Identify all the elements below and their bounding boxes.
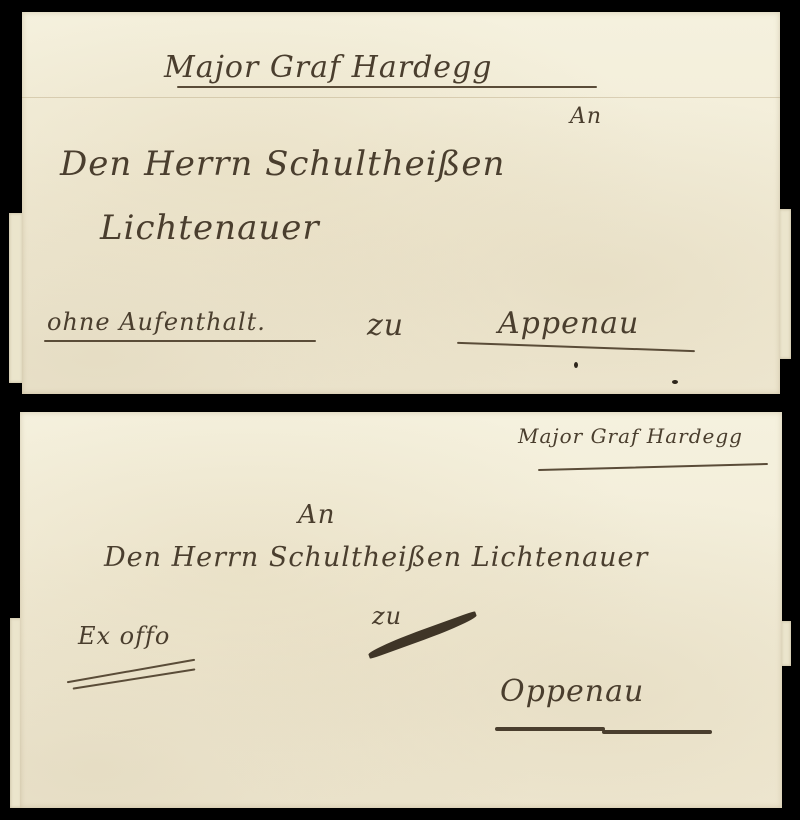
letter-top-left-flap: [9, 213, 23, 383]
letter-cover-bottom: Major Graf Hardegg An Den Herrn Schulthe…: [20, 412, 782, 808]
destination-place: Oppenau: [500, 674, 644, 709]
annotation-underline: [44, 340, 316, 342]
destination-place: Appenau: [498, 306, 639, 341]
addressee-prefix: An: [298, 500, 336, 530]
letter-top-right-flap: [779, 209, 791, 359]
addressee-prefix: An: [570, 104, 602, 129]
sender-line: Major Graf Hardegg: [518, 424, 743, 448]
ink-spot: [672, 380, 678, 384]
letter-bottom-right-flap: [781, 621, 791, 666]
sender-underline: [177, 86, 597, 88]
sender-line: Major Graf Hardegg: [164, 50, 492, 85]
destination-underline: [495, 727, 605, 731]
addressee-line-2: Lichtenauer: [100, 208, 320, 248]
destination-underline: [457, 342, 695, 352]
addressee-line-1: Den Herrn Schultheißen: [60, 144, 505, 184]
destination-underline-2: [602, 730, 712, 734]
addressee-line-1: Den Herrn Schultheißen Lichtenauer: [104, 542, 648, 573]
annotation: ohne Aufenthalt.: [47, 308, 266, 336]
ink-spot: [574, 362, 578, 368]
sender-underline: [538, 463, 768, 471]
preposition-zu: zu: [372, 602, 402, 630]
paper-crease: [22, 97, 780, 98]
annotation: Ex offo: [78, 622, 170, 650]
letter-cover-top: Major Graf Hardegg An Den Herrn Schulthe…: [22, 12, 780, 394]
preposition-zu: zu: [367, 308, 404, 343]
